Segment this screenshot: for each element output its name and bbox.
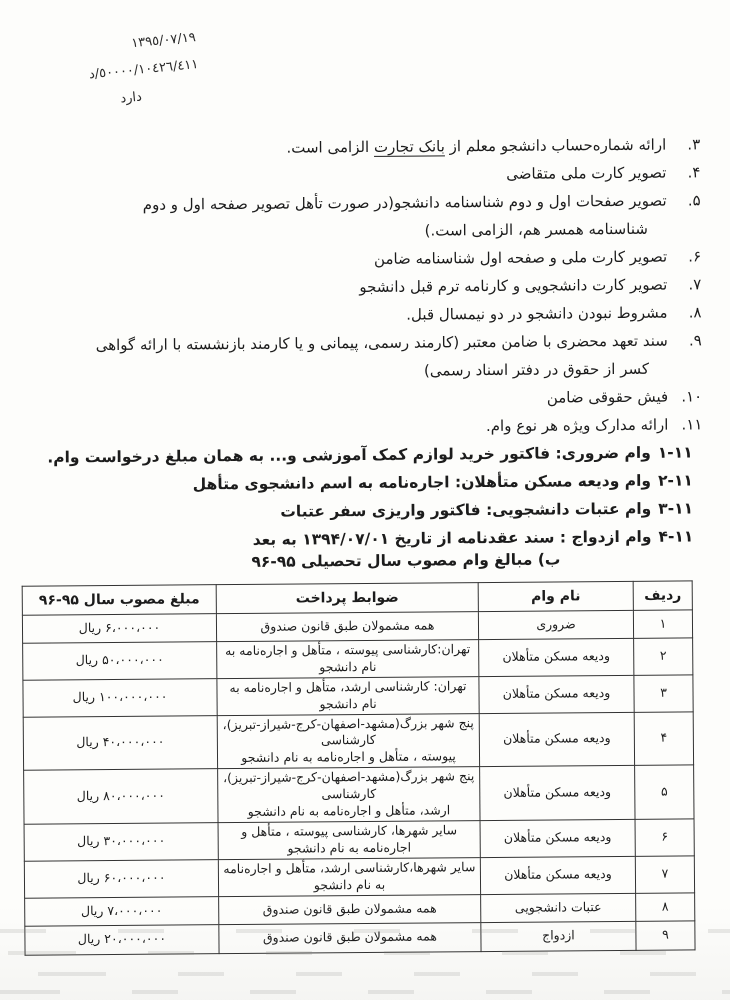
cell-row-number: ۵ xyxy=(635,765,694,819)
cell-amount: ۵۰،۰۰۰،۰۰۰ ریال xyxy=(23,642,217,680)
item-text: ارائه شماره‌حساب دانشجو معلم از بانک تجا… xyxy=(286,136,666,157)
cell-loan-name: ودیعه مسکن متأهلان xyxy=(480,856,635,894)
cell-payment-rule: سایر شهرها، کارشناسی پیوسته ، متأهل و اج… xyxy=(218,820,480,859)
scan-content: ١٣٩٥/٠٧/١٩ د/٥٠٠٠٠/١٠٤٢٦/٤١١ دارد ۳.ارائ… xyxy=(0,0,730,1000)
cell-amount: ۷،۰۰۰،۰۰۰ ریال xyxy=(25,896,219,926)
cell-payment-rule: تهران:کارشناسی پیوسته ، متأهل و اجاره‌نا… xyxy=(217,640,479,679)
item-number: ۵. xyxy=(675,186,701,214)
item-number: ۶. xyxy=(675,242,701,270)
cell-loan-name: ودیعه مسکن متأهلان xyxy=(479,638,634,676)
cell-row-number: ۴ xyxy=(634,711,693,765)
header-row-number: ردیف xyxy=(633,581,692,610)
header-approved-amount: مبلغ مصوب سال ۹۵-۹۶ xyxy=(22,585,216,616)
cell-row-number: ۸ xyxy=(636,893,695,921)
item-number: ۴-۱۱ xyxy=(658,522,693,550)
header-payment-rules: ضوابط پرداخت xyxy=(216,583,478,614)
item-number: ۱-۱۱ xyxy=(658,438,693,466)
cell-loan-name: ودیعه مسکن متأهلان xyxy=(479,675,634,713)
cell-loan-name: عتبات دانشجویی xyxy=(481,893,636,922)
cell-amount: ۱۰۰،۰۰۰،۰۰۰ ریال xyxy=(23,678,217,716)
item-text-line1: سند تعهد محضری با ضامن معتبر (کارمند رسم… xyxy=(96,332,668,354)
cell-row-number: ۷ xyxy=(635,856,694,893)
item-text: فیش حقوقی ضامن xyxy=(547,388,669,407)
item-text: وام ضروری: فاکتور خرید لوازم کمک آموزشی … xyxy=(47,444,651,467)
cell-row-number: ۳ xyxy=(634,675,693,712)
item-number: ۱۰. xyxy=(676,382,702,410)
cell-loan-name: ودیعه مسکن متأهلان xyxy=(480,766,635,821)
cell-loan-name: ضروری xyxy=(478,610,633,639)
item-text: تصویر کارت ملی متقاضی xyxy=(506,164,666,183)
cell-row-number: ۲ xyxy=(634,638,693,675)
loan-document-requirements: ۱-۱۱وام ضروری: فاکتور خرید لوازم کمک آمو… xyxy=(27,438,694,555)
cell-loan-name: ودیعه مسکن متأهلان xyxy=(479,712,634,767)
office-stamp: ١٣٩٥/٠٧/١٩ د/٥٠٠٠٠/١٠٤٢٦/٤١١ دارد xyxy=(27,24,202,121)
loan-docs-item-11-4: ۴-۱۱وام ازدواج : سند عقدنامه از تاریخ ۱۳… xyxy=(27,522,693,555)
item-number: ۳. xyxy=(674,130,700,158)
table-row: ۳ ودیعه مسکن متأهلان تهران: کارشناسی ارش… xyxy=(23,675,693,717)
item-text: وام ازدواج : سند عقدنامه از تاریخ ۱۳۹۴/۰… xyxy=(253,528,652,549)
item-number: ۸. xyxy=(675,298,701,326)
table-row: ۴ ودیعه مسکن متأهلان پنج شهر بزرگ(مشهد-ا… xyxy=(23,711,693,770)
table-title: ب) مبالغ وام مصوب سال تحصیلی ۹۵-۹۶ xyxy=(251,550,560,570)
header-loan-name: نام وام xyxy=(478,581,633,611)
table-row: ۷ ودیعه مسکن متأهلان سایر شهرها،کارشناسی… xyxy=(24,856,694,898)
cell-payment-rule: پنج شهر بزرگ(مشهد-اصفهان-کرج-شیراز-تبریز… xyxy=(217,713,479,769)
cell-payment-rule: تهران: کارشناسی ارشد، متأهل و اجاره‌نامه… xyxy=(217,676,479,715)
item-number: ۲-۱۱ xyxy=(658,466,693,494)
item-text: ارائه مدارک ویژه هر نوع وام. xyxy=(486,416,669,435)
requirements-list: ۳.ارائه شماره‌حساب دانشجو معلم از بانک ت… xyxy=(24,130,702,443)
item-text: مشروط نبودن دانشجو در دو نیمسال قبل. xyxy=(406,304,667,324)
cell-amount: ۸۰،۰۰۰،۰۰۰ ریال xyxy=(24,769,218,824)
cell-amount: ۴۰،۰۰۰،۰۰۰ ریال xyxy=(23,715,217,770)
cell-amount: ۲۰،۰۰۰،۰۰۰ ریال xyxy=(25,924,219,955)
item-text: تصویر کارت ملی و صفحه اول شناسنامه ضامن xyxy=(374,248,667,268)
cell-amount: ۳۰،۰۰۰،۰۰۰ ریال xyxy=(24,822,218,861)
cell-amount: ۶،۰۰۰،۰۰۰ ریال xyxy=(22,614,216,644)
item-number: ۴. xyxy=(674,158,700,186)
table-row: ۶ ودیعه مسکن متأهلان سایر شهرها، کارشناس… xyxy=(24,819,694,861)
table-row: ۵ ودیعه مسکن متأهلان پنج شهر بزرگ(مشهد-ا… xyxy=(24,765,694,824)
item-number: ۹. xyxy=(676,326,702,354)
cell-row-number: ۱ xyxy=(633,610,692,638)
table-row: ۲ ودیعه مسکن متأهلان تهران:کارشناسی پیوس… xyxy=(23,638,693,680)
item-text-line1: تصویر صفحات اول و دوم شناسنامه دانشجو(در… xyxy=(143,192,667,214)
cell-payment-rule: سایر شهرها،کارشناسی ارشد، متأهل و اجاره‌… xyxy=(218,857,480,896)
table-row: ۹ ازدواج همه مشمولان طبق قانون صندوق ۲۰،… xyxy=(25,921,695,955)
cell-payment-rule: همه مشمولان طبق قانون صندوق xyxy=(216,612,478,642)
cell-payment-rule: پنج شهر بزرگ(مشهد-اصفهان-کرج-شیراز-تبریز… xyxy=(218,767,480,823)
item-text: وام ودیعه مسکن متأهلان: اجاره‌نامه به اس… xyxy=(193,472,651,494)
cell-payment-rule: همه مشمولان طبق قانون صندوق xyxy=(219,922,481,953)
cell-row-number: ۹ xyxy=(636,921,695,950)
item-number: ۱۱. xyxy=(676,410,702,438)
loan-amounts-table: ردیف نام وام ضوابط پرداخت مبلغ مصوب سال … xyxy=(22,580,696,955)
item-text: تصویر کارت دانشجویی و کارنامه ترم قبل دا… xyxy=(359,276,667,296)
underlined-bank-name: بانک تجارت xyxy=(374,137,445,156)
checklist-item-9: ۹.سند تعهد محضری با ضامن معتبر (کارمند ر… xyxy=(26,326,702,387)
cell-row-number: ۶ xyxy=(635,819,694,856)
cell-payment-rule: همه مشمولان طبق قانون صندوق xyxy=(219,894,481,924)
cell-loan-name: ودیعه مسکن متأهلان xyxy=(480,819,635,857)
item-number: ۷. xyxy=(675,270,701,298)
scanned-document-page: ١٣٩٥/٠٧/١٩ د/٥٠٠٠٠/١٠٤٢٦/٤١١ دارد ۳.ارائ… xyxy=(0,0,730,1000)
item-number: ۳-۱۱ xyxy=(658,494,693,522)
checklist-item-5: ۵.تصویر صفحات اول و دوم شناسنامه دانشجو(… xyxy=(25,186,701,247)
cell-loan-name: ازدواج xyxy=(481,921,636,951)
item-text: وام عتبات دانشجویی: فاکتور واریزی سفر عت… xyxy=(280,500,651,521)
cell-amount: ۶۰،۰۰۰،۰۰۰ ریال xyxy=(24,859,218,898)
